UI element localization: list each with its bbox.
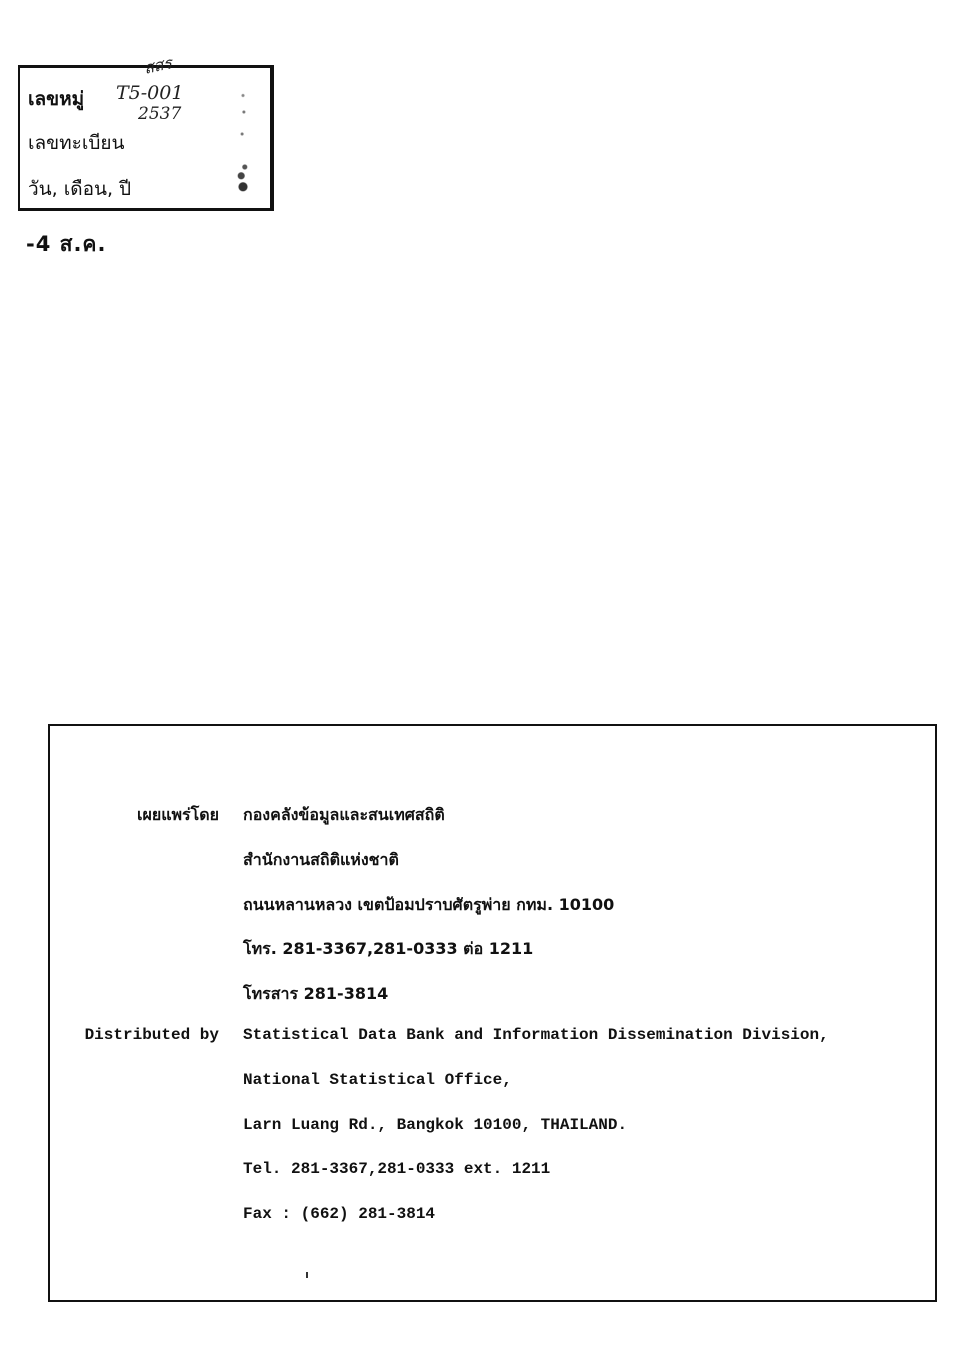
thai-phone: โทร. 281-3367,281-0333 ต่อ 1211 bbox=[243, 937, 533, 962]
registration-label: เลขทะเบียน bbox=[28, 128, 125, 158]
address-row: Larn Luang Rd., Bangkok 10100, THAILAND. bbox=[50, 1116, 935, 1142]
english-distributor-row: Distributed by Statistical Data Bank and… bbox=[50, 1026, 935, 1052]
thai-phone-row: โทร. 281-3367,281-0333 ต่อ 1211 bbox=[50, 937, 935, 963]
office-row: National Statistical Office, bbox=[50, 1071, 935, 1097]
date-stamp: -4 ส.ค. bbox=[26, 228, 106, 261]
ink-speckle bbox=[234, 90, 252, 200]
distribution-box: เผยแพร่โดย กองคลังข้อมูลและสนเทศสถิติ สำ… bbox=[48, 724, 937, 1302]
library-stamp: สสร เลขหมู่ T5-001 2537 เลขทะเบียน วัน, … bbox=[18, 65, 274, 211]
fax-row: Fax : (662) 281-3814 bbox=[50, 1205, 935, 1231]
division-name: Statistical Data Bank and Information Di… bbox=[243, 1026, 829, 1044]
thai-fax: โทรสาร 281-3814 bbox=[243, 982, 388, 1007]
thai-distributed-by-label: เผยแพร่โดย bbox=[137, 803, 219, 828]
scan-artifact bbox=[306, 1272, 308, 1278]
handwritten-year: 2537 bbox=[138, 104, 181, 124]
thai-address: ถนนหลานหลวง เขตป้อมปราบศัตรูพ่าย กทม. 10… bbox=[243, 893, 614, 918]
handwritten-annotation: สสร bbox=[142, 51, 175, 81]
date-label: วัน, เดือน, ปี bbox=[28, 174, 131, 204]
handwritten-call-number: T5-001 bbox=[116, 82, 183, 104]
distributed-by-label: Distributed by bbox=[85, 1026, 219, 1044]
office-name: National Statistical Office, bbox=[243, 1071, 512, 1089]
thai-office-row: สำนักงานสถิติแห่งชาติ bbox=[50, 848, 935, 874]
phone-row: Tel. 281-3367,281-0333 ext. 1211 bbox=[50, 1160, 935, 1186]
phone: Tel. 281-3367,281-0333 ext. 1211 bbox=[243, 1160, 550, 1178]
fax: Fax : (662) 281-3814 bbox=[243, 1205, 435, 1223]
thai-fax-row: โทรสาร 281-3814 bbox=[50, 982, 935, 1008]
thai-division-name: กองคลังข้อมูลและสนเทศสถิติ bbox=[243, 803, 445, 828]
call-number-label: เลขหมู่ bbox=[28, 84, 84, 114]
thai-distributor-row: เผยแพร่โดย กองคลังข้อมูลและสนเทศสถิติ bbox=[50, 803, 935, 829]
address: Larn Luang Rd., Bangkok 10100, THAILAND. bbox=[243, 1116, 627, 1134]
thai-address-row: ถนนหลานหลวง เขตป้อมปราบศัตรูพ่าย กทม. 10… bbox=[50, 893, 935, 919]
thai-office-name: สำนักงานสถิติแห่งชาติ bbox=[243, 848, 399, 873]
